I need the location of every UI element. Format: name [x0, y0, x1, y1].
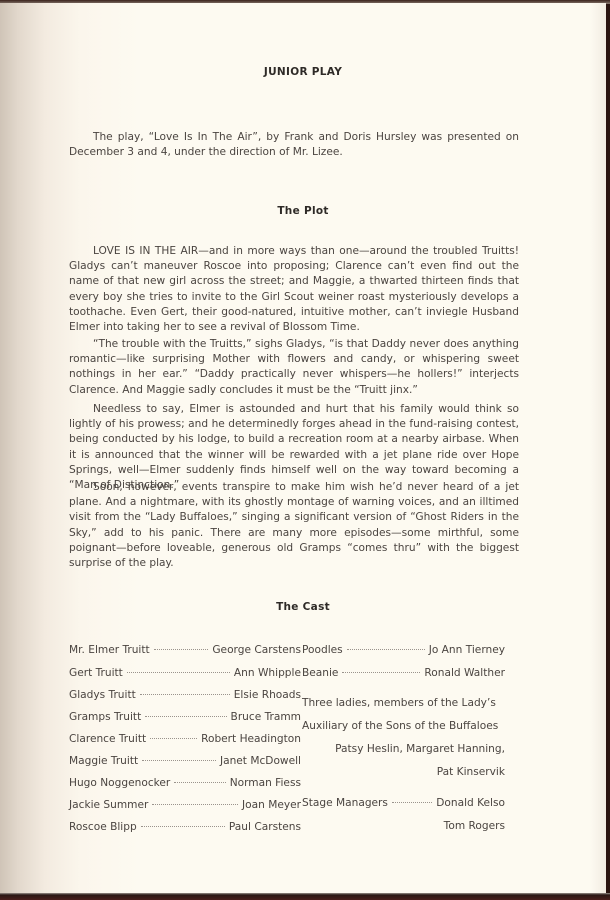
ladies-names-line-2: Pat Kinservik [437, 766, 505, 778]
cast-row: Gramps TruittBruce Tramm [69, 711, 301, 723]
cast-actor: Bruce Tramm [231, 711, 301, 723]
ladies-description-line-1: Three ladies, members of the Lady’s [302, 697, 496, 709]
intro-paragraph: The play, “Love Is In The Air”, by Frank… [69, 130, 519, 160]
leader-dots [174, 782, 225, 783]
cast-role: Clarence Truitt [69, 733, 146, 745]
leader-dots [152, 804, 238, 805]
cast-role: Mr. Elmer Truitt [69, 644, 150, 656]
cast-row: Gladys TruittElsie Rhoads [69, 689, 301, 701]
leader-dots [342, 672, 420, 673]
cast-row: Roscoe BlippPaul Carstens [69, 821, 301, 833]
cast-row: Gert TruittAnn Whipple [69, 667, 301, 679]
leader-dots [142, 760, 216, 761]
cast-row: Clarence TruittRobert Headington [69, 733, 301, 745]
cast-role: Stage Managers [302, 797, 388, 809]
cast-role: Poodles [302, 644, 343, 656]
cast-actor: Norman Fiess [230, 777, 301, 789]
leader-dots [145, 716, 226, 717]
cast-row: Mr. Elmer TruittGeorge Carstens [69, 644, 301, 656]
cast-actor: George Carstens [212, 644, 301, 656]
cast-actor: Donald Kelso [436, 797, 505, 809]
plot-heading: The Plot [0, 205, 606, 217]
cast-actor: Robert Headington [201, 733, 301, 745]
cast-row: PoodlesJo Ann Tierney [302, 644, 505, 656]
stage-managers-row: Stage ManagersDonald Kelso [302, 797, 505, 809]
cast-row: Jackie SummerJoan Meyer [69, 799, 301, 811]
leader-dots [154, 649, 209, 650]
stage-manager-second: Tom Rogers [444, 820, 505, 832]
cast-row: BeanieRonald Walther [302, 667, 505, 679]
page-bottom-edge [0, 893, 610, 900]
cast-heading: The Cast [0, 601, 606, 613]
cast-actor: Joan Meyer [242, 799, 301, 811]
leader-dots [141, 826, 225, 827]
cast-actor: Janet McDowell [220, 755, 301, 767]
leader-dots [150, 738, 197, 739]
ladies-names-line-1: Patsy Heslin, Margaret Hanning, [335, 743, 505, 755]
cast-actor: Paul Carstens [229, 821, 301, 833]
cast-role: Jackie Summer [69, 799, 148, 811]
cast-actor: Ann Whipple [234, 667, 301, 679]
plot-paragraph-1: LOVE IS IN THE AIR—and in more ways than… [69, 244, 519, 335]
cast-actor: Jo Ann Tierney [429, 644, 505, 656]
plot-paragraph-2: “The trouble with the Truitts,” sighs Gl… [69, 337, 519, 398]
cast-actor: Elsie Rhoads [234, 689, 301, 701]
cast-role: Hugo Noggenocker [69, 777, 170, 789]
cast-role: Beanie [302, 667, 338, 679]
cast-role: Gladys Truitt [69, 689, 136, 701]
leader-dots [392, 802, 432, 803]
leader-dots [347, 649, 425, 650]
cast-row: Hugo NoggenockerNorman Fiess [69, 777, 301, 789]
document-page: JUNIOR PLAY The play, “Love Is In The Ai… [0, 3, 606, 894]
ladies-description-line-2: Auxiliary of the Sons of the Buffaloes [302, 720, 498, 732]
cast-role: Gramps Truitt [69, 711, 141, 723]
leader-dots [140, 694, 230, 695]
plot-paragraph-4: Soon, however, events transpire to make … [69, 480, 519, 571]
leader-dots [127, 672, 230, 673]
cast-role: Roscoe Blipp [69, 821, 137, 833]
cast-row: Maggie TruittJanet McDowell [69, 755, 301, 767]
page-title: JUNIOR PLAY [0, 66, 606, 78]
cast-role: Gert Truitt [69, 667, 123, 679]
cast-role: Maggie Truitt [69, 755, 138, 767]
cast-actor: Ronald Walther [424, 667, 505, 679]
